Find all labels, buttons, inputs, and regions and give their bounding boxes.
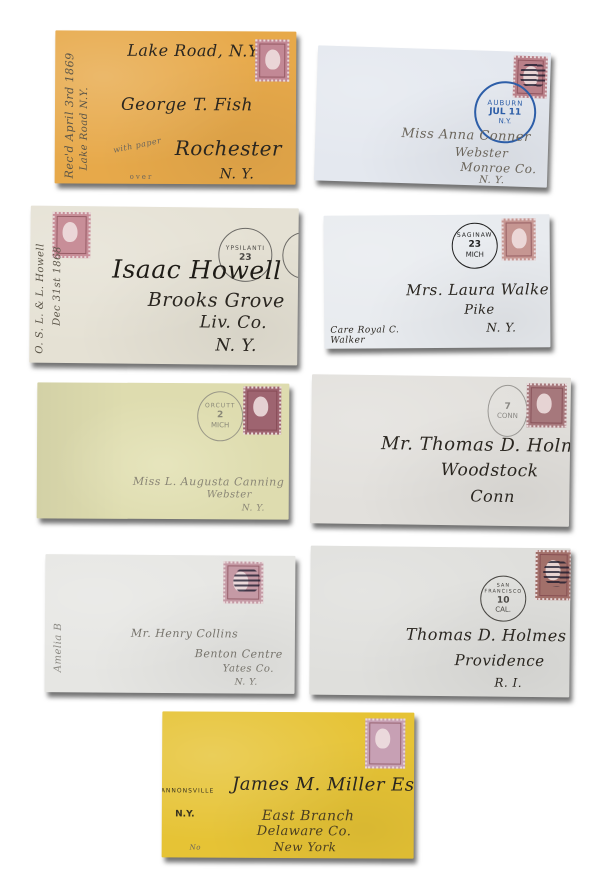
address-county: Monroe Co. [460, 160, 537, 176]
care-of-note: Care Royal C. Walker [330, 325, 430, 346]
addressee-name: Thomas D. Holmes [406, 625, 567, 646]
three-cent-stamp [535, 550, 571, 600]
docket-note: Rec'd April 3rd 1869 [63, 52, 77, 178]
cover-george-fish: Rec'd April 3rd 1869 Lake Road N.Y. Lake… [55, 30, 297, 184]
docket-note: O. S. L. & L. Howell [34, 243, 46, 354]
address-state: N. Y. [486, 320, 516, 334]
note: No [190, 843, 201, 851]
address-city: Webster [455, 145, 509, 161]
three-cent-stamp [502, 218, 536, 260]
address-state: N. Y. [242, 503, 265, 513]
three-cent-stamp [255, 39, 289, 81]
postmark-saginaw: SAGINAW 23 MICH [452, 223, 498, 269]
town-line: Lake Road, N.Y. [127, 41, 262, 61]
address-county: Yates Co. [223, 663, 274, 674]
addressee-name: Mrs. Laura Walker [406, 280, 550, 299]
cover-augusta-canning: ORCUTT 2 MICH Miss L. Augusta Canning We… [37, 382, 290, 519]
address-state: N. Y. [235, 677, 258, 687]
three-cent-stamp [526, 383, 567, 428]
postmark-san-francisco: SAN FRANCISCO 10 CAL. [480, 575, 526, 621]
note-over: over [130, 173, 154, 181]
address-city: Brooks Grove [148, 289, 285, 312]
address-state: N. Y. [479, 174, 505, 186]
postmark-cannonsville: CANNONSVILLE N.Y. [162, 773, 216, 835]
address-city: Rochester [175, 136, 282, 161]
address-city: Pike [464, 303, 495, 318]
cover-thomas-holmes-woodstock: 7 CONN Mr. Thomas D. Holmes Woodstock Co… [310, 374, 571, 527]
cover-laura-walker: SAGINAW 23 MICH Mrs. Laura Walker Pike N… [324, 214, 551, 349]
cover-isaac-howell: O. S. L. & L. Howell Dec 31st 1868 YPSIL… [29, 206, 299, 366]
addressee-name: Isaac Howell [112, 254, 282, 285]
note: with paper [112, 136, 162, 155]
address-city: Benton Centre [195, 647, 283, 661]
addressee-name: Mr. Henry Collins [131, 627, 238, 641]
cover-anna-conner: AUBURN JUL 11 N.Y. Miss Anna Conner Webs… [314, 45, 551, 187]
addressee-name: Miss Anna Conner [401, 126, 531, 145]
cover-henry-collins: Amelia B Mr. Henry Collins Benton Centre… [45, 554, 296, 694]
address-state: N. Y. [220, 166, 255, 182]
three-cent-stamp [223, 561, 263, 603]
address-county: Liv. Co. [200, 312, 268, 333]
addressee-name: Miss L. Augusta Canning [133, 475, 285, 489]
address-state: Conn [470, 486, 515, 506]
address-city: Providence [455, 651, 545, 670]
addressee-name: George T. Fish [121, 95, 253, 116]
docket-note-2: Dec 31st 1868 [52, 246, 64, 326]
postmark-michigan: ORCUTT 2 MICH [197, 391, 243, 441]
addressee-name: James M. Miller Esq [232, 774, 414, 796]
address-city: East Branch [262, 808, 355, 824]
address-city: Webster [207, 489, 252, 500]
address-state: R. I. [494, 676, 522, 690]
postmark-connecticut: 7 CONN [487, 385, 528, 438]
addressee-name: Mr. Thomas D. Holmes [381, 433, 571, 457]
address-state: New York [274, 840, 337, 854]
docket-note: Amelia B [53, 623, 64, 673]
docket-note-2: Lake Road N.Y. [79, 87, 90, 171]
address-county: Delaware Co. [257, 824, 352, 839]
address-city: Woodstock [441, 460, 539, 481]
address-state: N. Y. [215, 336, 257, 356]
three-cent-stamp [365, 718, 405, 768]
cover-thomas-holmes-providence: SAN FRANCISCO 10 CAL. Thomas D. Holmes P… [309, 546, 571, 698]
three-cent-stamp [243, 386, 281, 434]
postmark-partial [282, 232, 299, 278]
cover-james-miller: CANNONSVILLE N.Y. James M. Miller Esq Ea… [162, 711, 415, 858]
